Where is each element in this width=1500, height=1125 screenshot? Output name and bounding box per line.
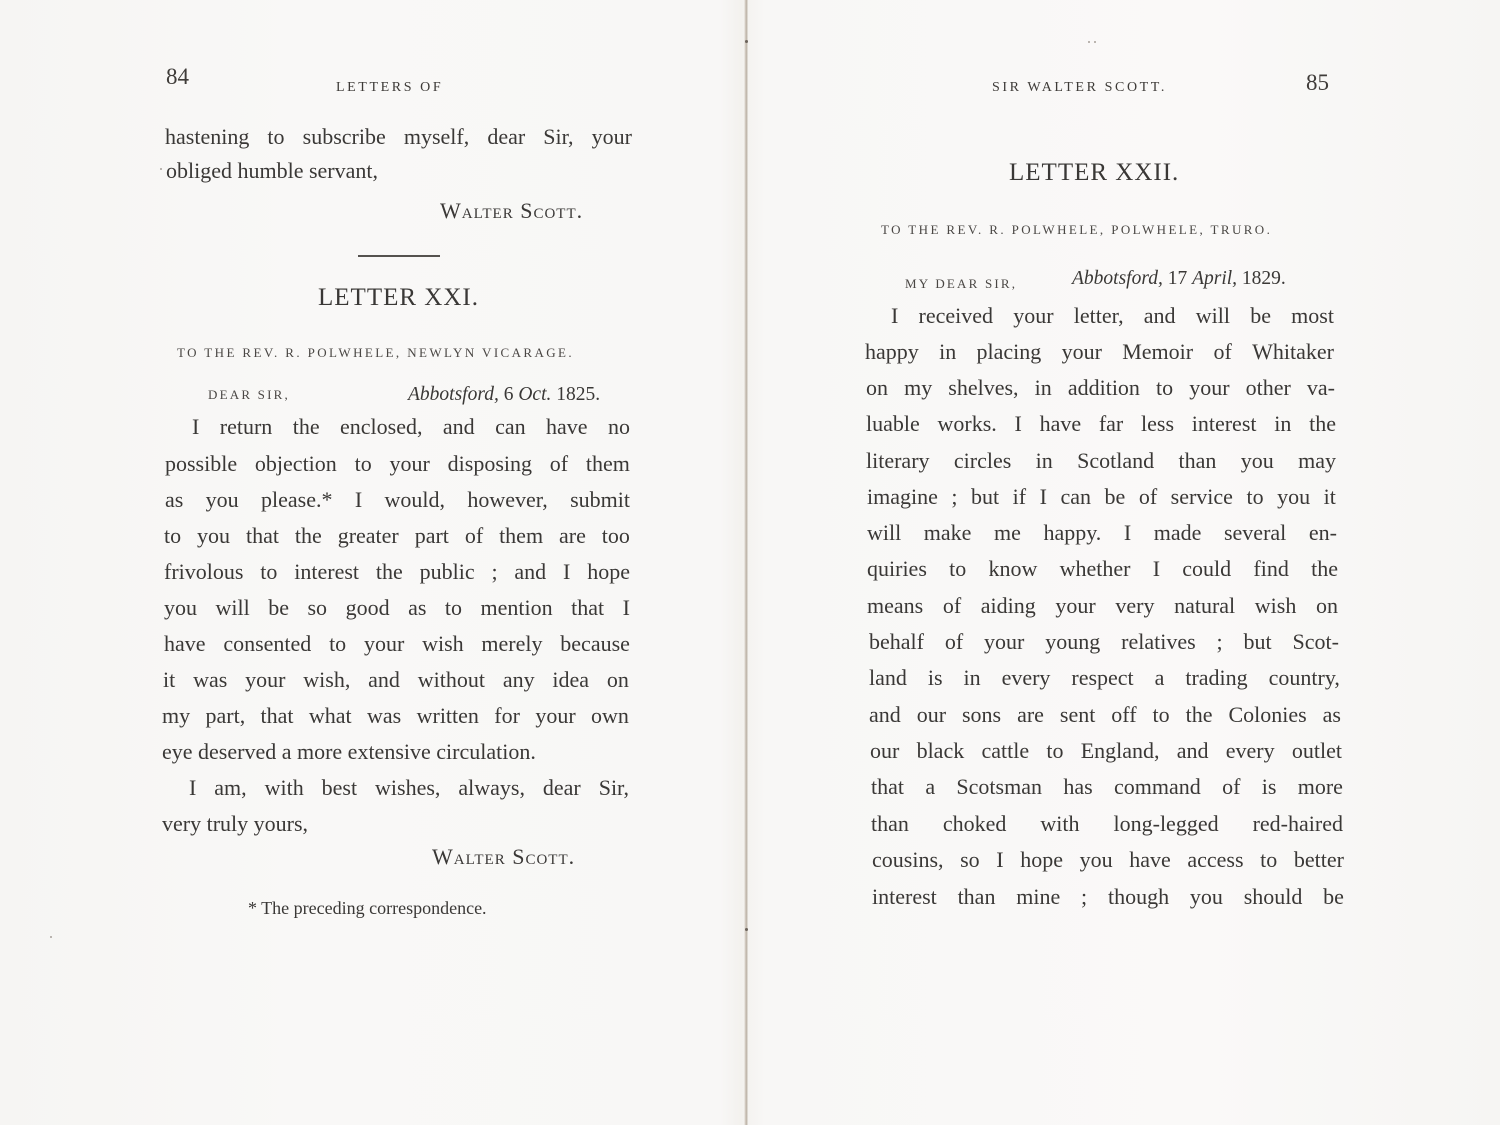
right-page: SIR WALTER SCOTT. 85 LETTER XXII. TO THE… [748, 0, 1500, 1125]
body-line: possibleobjectiontoyourdisposingofthem [165, 451, 630, 477]
body-line: very truly yours, [162, 811, 308, 837]
page-number: 85 [1306, 70, 1329, 96]
continuation-line: hasteningtosubscribemyself,dearSir,your [165, 124, 632, 150]
continuation-line: obliged humble servant, [166, 158, 378, 184]
body-line: thanchokedwithlong-leggedred-haired [871, 811, 1343, 837]
body-line: toyouthatthegreaterpartofthemaretoo [164, 523, 630, 549]
dateline-day: 6 [504, 384, 514, 405]
running-head: SIR WALTER SCOTT. [992, 80, 1167, 96]
salutation: DEAR SIR, [208, 387, 290, 403]
dateline-month: April, [1192, 268, 1237, 289]
body-line: behalfofyouryoungrelatives;butScot- [869, 629, 1339, 655]
body-line: happyinplacingyourMemoirofWhitaker [865, 339, 1334, 365]
body-line: literarycirclesinScotlandthanyoumay [866, 448, 1336, 474]
dateline-year: 1825. [556, 384, 600, 405]
body-line: willmakemehappy.Imadeseveralen- [867, 520, 1337, 546]
addressee-line: TO THE REV. R. POLWHELE, NEWLYN VICARAGE… [177, 345, 574, 361]
body-line: quiriestoknowwhetherIcouldfindthe [867, 556, 1338, 582]
left-page: 84 LETTERS OF hasteningtosubscribemyself… [0, 0, 745, 1125]
paper-speck [1094, 41, 1096, 43]
body-line: imagine;butifIcanbeofservicetoyouit [867, 484, 1336, 510]
body-line: eye deserved a more extensive circulatio… [162, 739, 536, 765]
body-line: andoursonsaresentofftotheColoniesas [869, 702, 1341, 728]
dateline: Abbotsford, 17 April, 1829. [1072, 268, 1286, 290]
body-line: frivoloustointerestthepublic;andIhope [164, 559, 630, 585]
body-line: interestthanmine;thoughyoushouldbe [872, 884, 1344, 910]
dateline: Abbotsford, 6 Oct. 1825. [408, 384, 600, 406]
paper-speck [50, 936, 52, 938]
body-line: Ireceivedyourletter,andwillbemost [891, 303, 1334, 329]
section-divider [358, 255, 440, 257]
body-line: Ireturntheenclosed,andcanhaveno [192, 414, 630, 440]
dateline-year: 1829. [1242, 268, 1286, 289]
body-line: Iam,withbestwishes,always,dearSir, [189, 775, 629, 801]
addressee-line: TO THE REV. R. POLWHELE, POLWHELE, TRURO… [881, 222, 1272, 238]
body-line: cousins,soIhopeyouhaveaccesstobetter [872, 847, 1344, 873]
dateline-place: Abbotsford, [408, 384, 499, 405]
dateline-place: Abbotsford, [1072, 268, 1163, 289]
body-line: thataScotsmanhascommandofismore [871, 774, 1343, 800]
body-line: mypart,thatwhatwaswrittenforyourown [162, 703, 629, 729]
dateline-month: Oct. [518, 384, 551, 405]
signature: Walter Scott. [440, 198, 583, 224]
running-head: LETTERS OF [336, 80, 443, 96]
signature: Walter Scott. [432, 844, 575, 870]
body-line: onmyshelves,inadditiontoyourotherva- [866, 375, 1335, 401]
salutation: MY DEAR SIR, [905, 276, 1017, 292]
body-line: meansofaidingyourverynaturalwishon [867, 593, 1338, 619]
body-line: ourblackcattletoEngland,andeveryoutlet [870, 738, 1342, 764]
body-line: itwasyourwish,andwithoutanyideaon [163, 667, 629, 693]
body-line: luableworks.Ihavefarlessinterestinthe [866, 411, 1336, 437]
footnote: * The preceding correspondence. [248, 898, 487, 919]
letter-title: LETTER XXI. [318, 284, 479, 312]
paper-speck [160, 168, 162, 170]
page-number: 84 [166, 64, 189, 90]
body-line: landisineveryrespectatradingcountry, [869, 665, 1340, 691]
book-spread: 84 LETTERS OF hasteningtosubscribemyself… [0, 0, 1500, 1125]
body-line: haveconsentedtoyourwishmerelybecause [164, 631, 630, 657]
body-line: asyouplease.*Iwould,however,submit [165, 487, 630, 513]
letter-title: LETTER XXII. [1009, 159, 1179, 187]
body-line: youwillbesogoodastomentionthatI [164, 595, 630, 621]
dateline-day: 17 [1168, 268, 1188, 289]
paper-speck [1088, 41, 1090, 43]
